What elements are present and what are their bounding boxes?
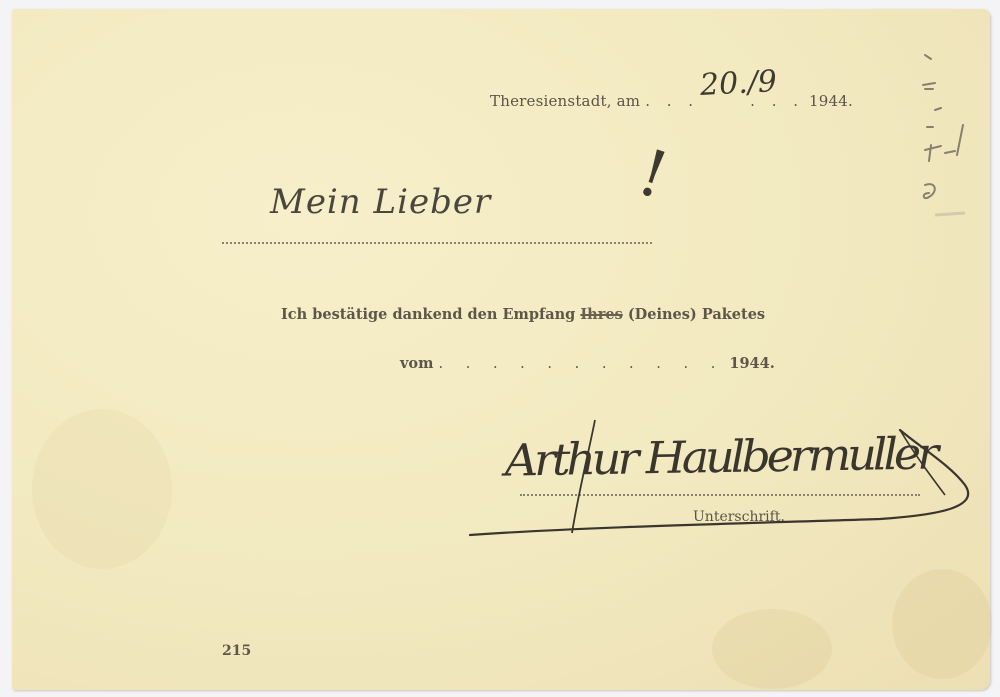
form-number: 215: [222, 643, 251, 659]
paper-stain: [892, 569, 992, 679]
vom-label: vom: [400, 355, 433, 372]
confirm-prefix: Ich bestätige dankend den Empfang: [281, 306, 575, 323]
confirm-suffix: (Deines) Paketes: [628, 306, 765, 323]
struck-word: Ihres: [580, 306, 622, 323]
signature-label: Unterschrift.: [693, 509, 785, 525]
vom-year: 1944.: [729, 355, 774, 372]
year: 1944.: [809, 92, 853, 110]
margin-pencil-mark-icon: [915, 45, 995, 225]
postcard: [12, 9, 990, 690]
handwritten-salutation: Mein Lieber: [270, 182, 491, 222]
place-label: Theresienstadt, am: [490, 92, 640, 110]
handwritten-date: 20./9: [699, 64, 778, 103]
paper-stain: [32, 409, 172, 569]
confirmation-text: Ich bestätige dankend den Empfang Ihres …: [281, 306, 765, 323]
vom-line: vom . . . . . . . . . . . 1944.: [400, 355, 775, 372]
paper-stain: [712, 609, 832, 689]
place-date-line: Theresienstadt, am . . . . . . 1944.: [490, 92, 853, 110]
vom-dots: . . . . . . . . . . .: [439, 356, 725, 372]
salutation-dotted-line: [222, 242, 652, 244]
signature-flourish-icon: [460, 415, 990, 545]
